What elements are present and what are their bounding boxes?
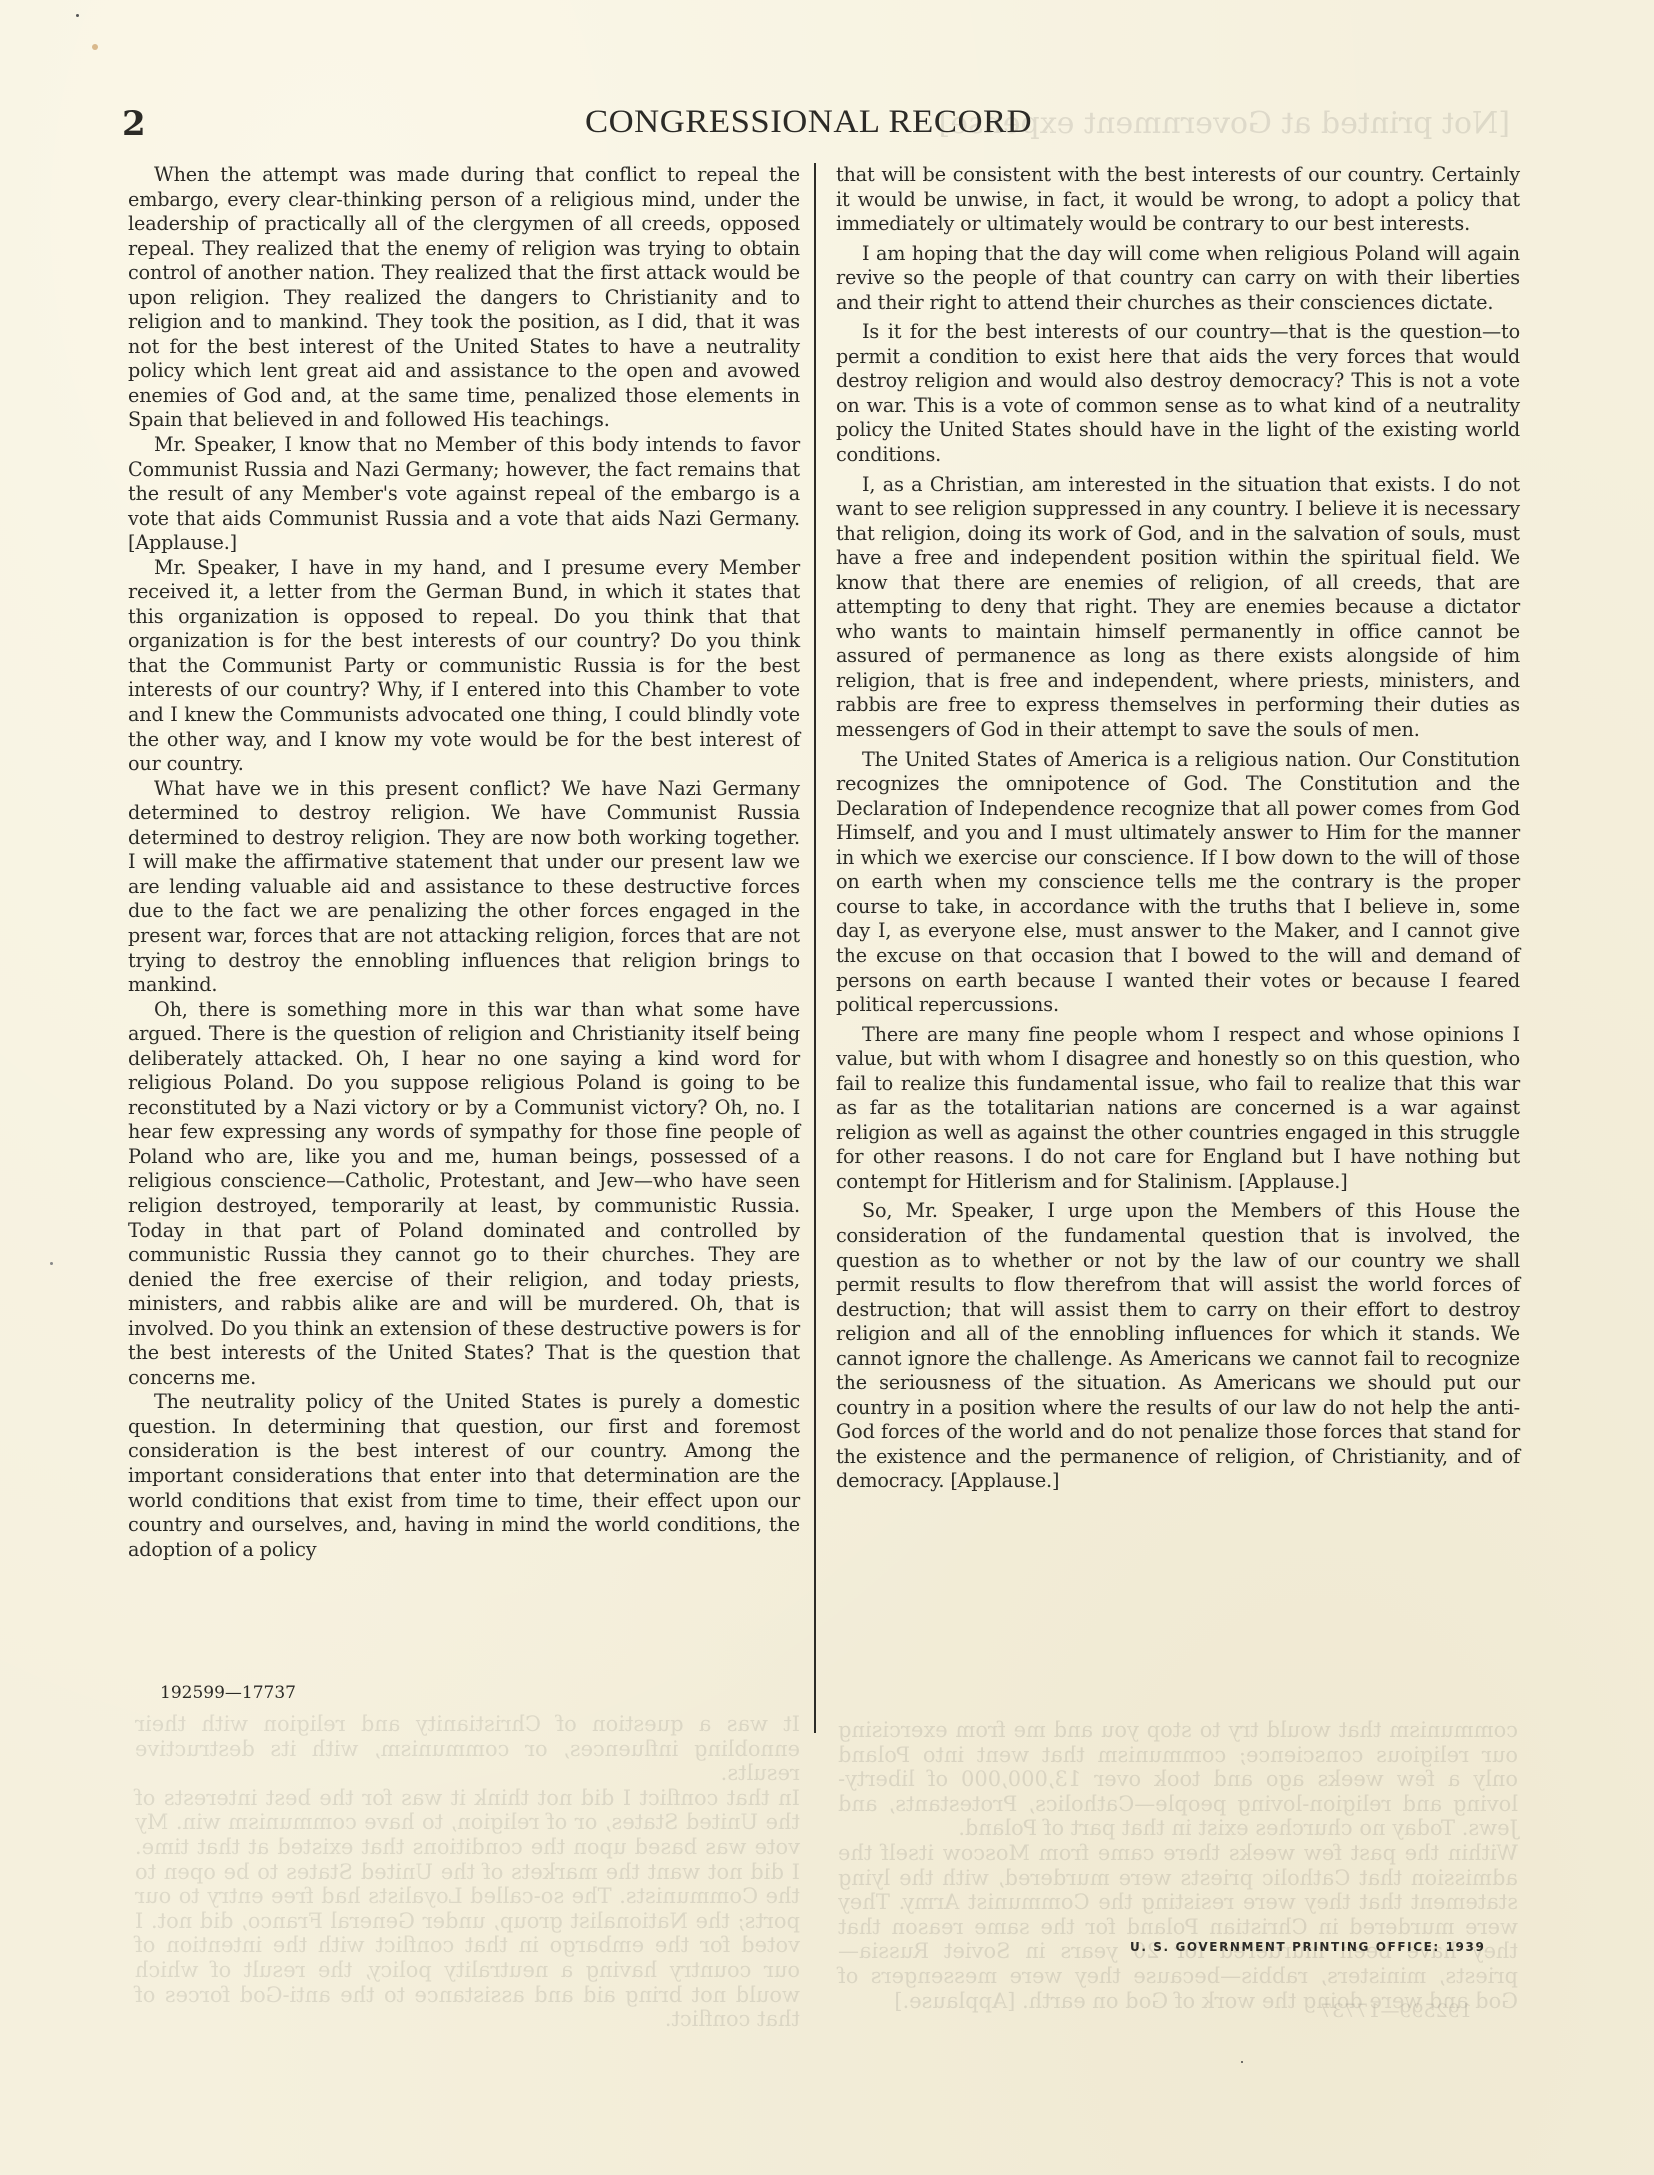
congressional-record-page: [Not printed at Government expense] It w… (0, 0, 1654, 2175)
paragraph-continuation: that will be consistent with the best in… (836, 163, 1520, 237)
bleed-through-number: 192599—17737 (1320, 2000, 1472, 2022)
paragraph: I, as a Christian, am interested in the … (836, 473, 1520, 743)
paragraph: I am hoping that the day will come when … (836, 242, 1520, 316)
paragraph: So, Mr. Speaker, I urge upon the Members… (836, 1199, 1520, 1494)
paragraph: The neutrality policy of the United Stat… (128, 1390, 800, 1562)
paper-speck (76, 14, 79, 17)
paragraph: Is it for the best interests of our coun… (836, 320, 1520, 467)
page-number: 2 (122, 104, 146, 144)
paragraph: Oh, there is something more in this war … (128, 998, 800, 1391)
right-column: that will be consistent with the best in… (836, 163, 1520, 1494)
column-divider (814, 163, 816, 1733)
paper-speck (1241, 2061, 1243, 2063)
paper-stain (92, 44, 98, 50)
left-column: When the attempt was made during that co… (128, 163, 800, 1562)
paragraph: When the attempt was made during that co… (128, 163, 800, 433)
paragraph: The United States of America is a religi… (836, 748, 1520, 1018)
paragraph: There are many fine people whom I respec… (836, 1023, 1520, 1195)
paper-speck (50, 1262, 53, 1265)
job-number: 192599—17737 (160, 1683, 296, 1703)
masthead-title: CONGRESSIONAL RECORD (585, 104, 1032, 141)
paragraph: Mr. Speaker, I know that no Member of th… (128, 433, 800, 556)
bleed-through-right: communism that would try to stop you and… (838, 1718, 1518, 2013)
printer-imprint: U. S. GOVERNMENT PRINTING OFFICE: 1939 (1130, 1940, 1485, 1954)
paragraph: Mr. Speaker, I have in my hand, and I pr… (128, 556, 800, 777)
bleed-through-left: It was a question of Christianity and re… (135, 1712, 800, 2032)
paragraph: What have we in this present conflict? W… (128, 777, 800, 998)
